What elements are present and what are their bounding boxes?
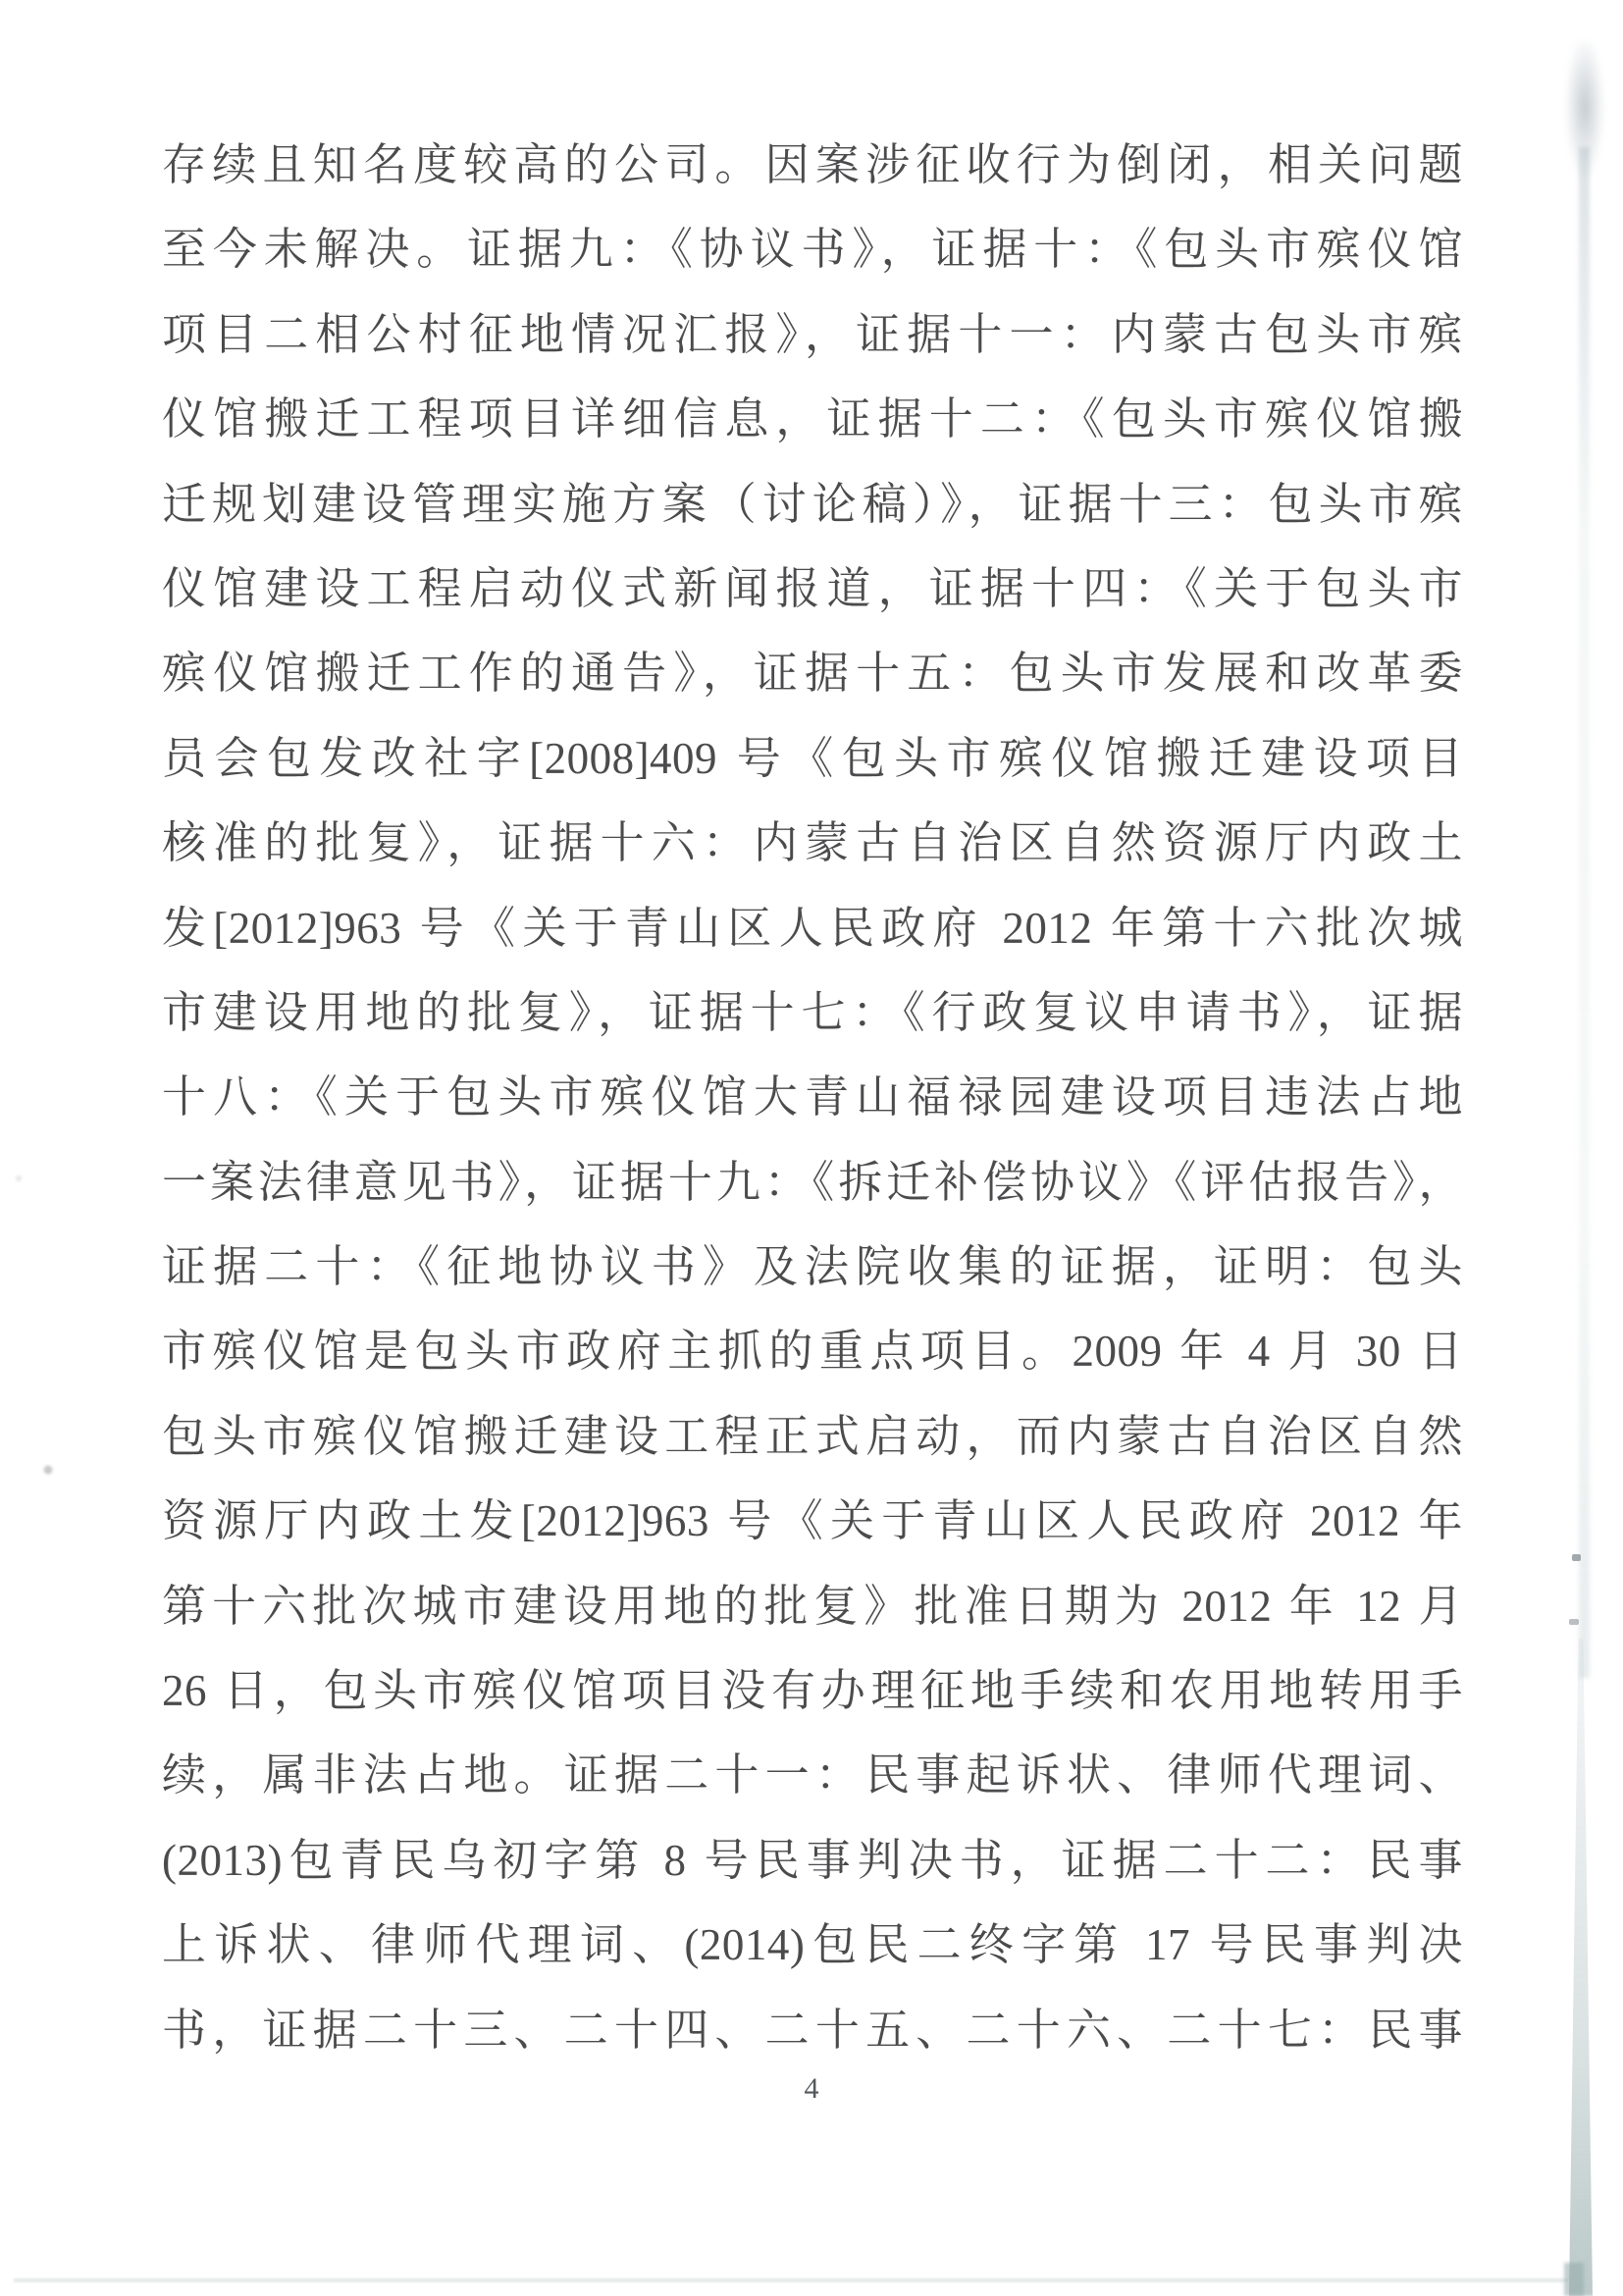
document-text-line: 市建设用地的批复》，证据十七：《行政复议申请书》，证据 (162, 970, 1463, 1055)
document-text-line: 上诉状、律师代理词、(2014)包民二终字第 17 号民事判决 (162, 1903, 1463, 1987)
document-text-line: 核准的批复》，证据十六：内蒙古自治区自然资源厅内政土 (162, 801, 1463, 885)
scan-bottom-edge-artifact (14, 2278, 1568, 2282)
scan-speck-artifact (14, 1174, 24, 1183)
scan-speck-artifact (41, 1464, 55, 1476)
document-page: 存续且知名度较高的公司。因案涉征收行为倒闭，相关问题至今未解决。证据九：《协议书… (0, 0, 1623, 2296)
scan-streak-middle-artifact (1579, 147, 1590, 1678)
page-number: 4 (0, 2072, 1623, 2106)
document-text-line: 发[2012]963 号《关于青山区人民政府 2012 年第十六批次城 (162, 886, 1463, 970)
document-text-line: 迁规划建设管理实施方案（讨论稿）》，证据十三：包头市殡 (162, 462, 1463, 547)
scan-streak-top-artifact (1564, 41, 1605, 188)
document-text-line: 殡仪馆搬迁工作的通告》，证据十五：包头市发展和改革委 (162, 631, 1463, 715)
document-text-line: 十八：《关于包头市殡仪馆大青山福禄园建设项目违法占地 (162, 1055, 1463, 1139)
document-text-line: 至今未解决。证据九：《协议书》，证据十：《包头市殡仪馆 (162, 207, 1463, 291)
document-text-line: 员会包发改社字[2008]409 号《包头市殡仪馆搬迁建设项目 (162, 716, 1463, 801)
document-text-line: 书，证据二十三、二十四、二十五、二十六、二十七：民事 (162, 1988, 1463, 2072)
scan-streak-bottom-artifact (1566, 1639, 1596, 2296)
document-text-line: 第十六批次城市建设用地的批复》批准日期为 2012 年 12 月 (162, 1564, 1463, 1648)
scan-bottom-corner-artifact (1564, 2263, 1584, 2296)
document-text-line: 市殡仪馆是包头市政府主抓的重点项目。2009 年 4 月 30 日 (162, 1309, 1463, 1393)
document-text-line: 资源厅内政土发[2012]963 号《关于青山区人民政府 2012 年 (162, 1479, 1463, 1563)
document-text-line: 存续且知名度较高的公司。因案涉征收行为倒闭，相关问题 (162, 123, 1463, 207)
document-body: 存续且知名度较高的公司。因案涉征收行为倒闭，相关问题至今未解决。证据九：《协议书… (162, 123, 1463, 2072)
document-text-line: 项目二相公村征地情况汇报》，证据十一：内蒙古包头市殡 (162, 292, 1463, 377)
document-text-line: (2013)包青民乌初字第 8 号民事判决书，证据二十二：民事 (162, 1818, 1463, 1903)
document-text-line: 26 日，包头市殡仪馆项目没有办理征地手续和农用地转用手 (162, 1648, 1463, 1733)
document-text-line: 证据二十：《征地协议书》及法院收集的证据，证明：包头 (162, 1225, 1463, 1309)
document-text-line: 包头市殡仪馆搬迁建设工程正式启动，而内蒙古自治区自然 (162, 1394, 1463, 1479)
document-text-line: 仪馆搬迁工程项目详细信息，证据十二：《包头市殡仪馆搬 (162, 377, 1463, 461)
document-text-line: 续，属非法占地。证据二十一：民事起诉状、律师代理词、 (162, 1733, 1463, 1817)
document-text-line: 仪馆建设工程启动仪式新闻报道，证据十四：《关于包头市 (162, 547, 1463, 631)
scan-speck-artifact (1572, 1554, 1581, 1561)
document-text-line: 一案法律意见书》，证据十九：《拆迁补偿协议》《评估报告》， (162, 1140, 1463, 1225)
scan-speck-artifact (1569, 1619, 1579, 1625)
